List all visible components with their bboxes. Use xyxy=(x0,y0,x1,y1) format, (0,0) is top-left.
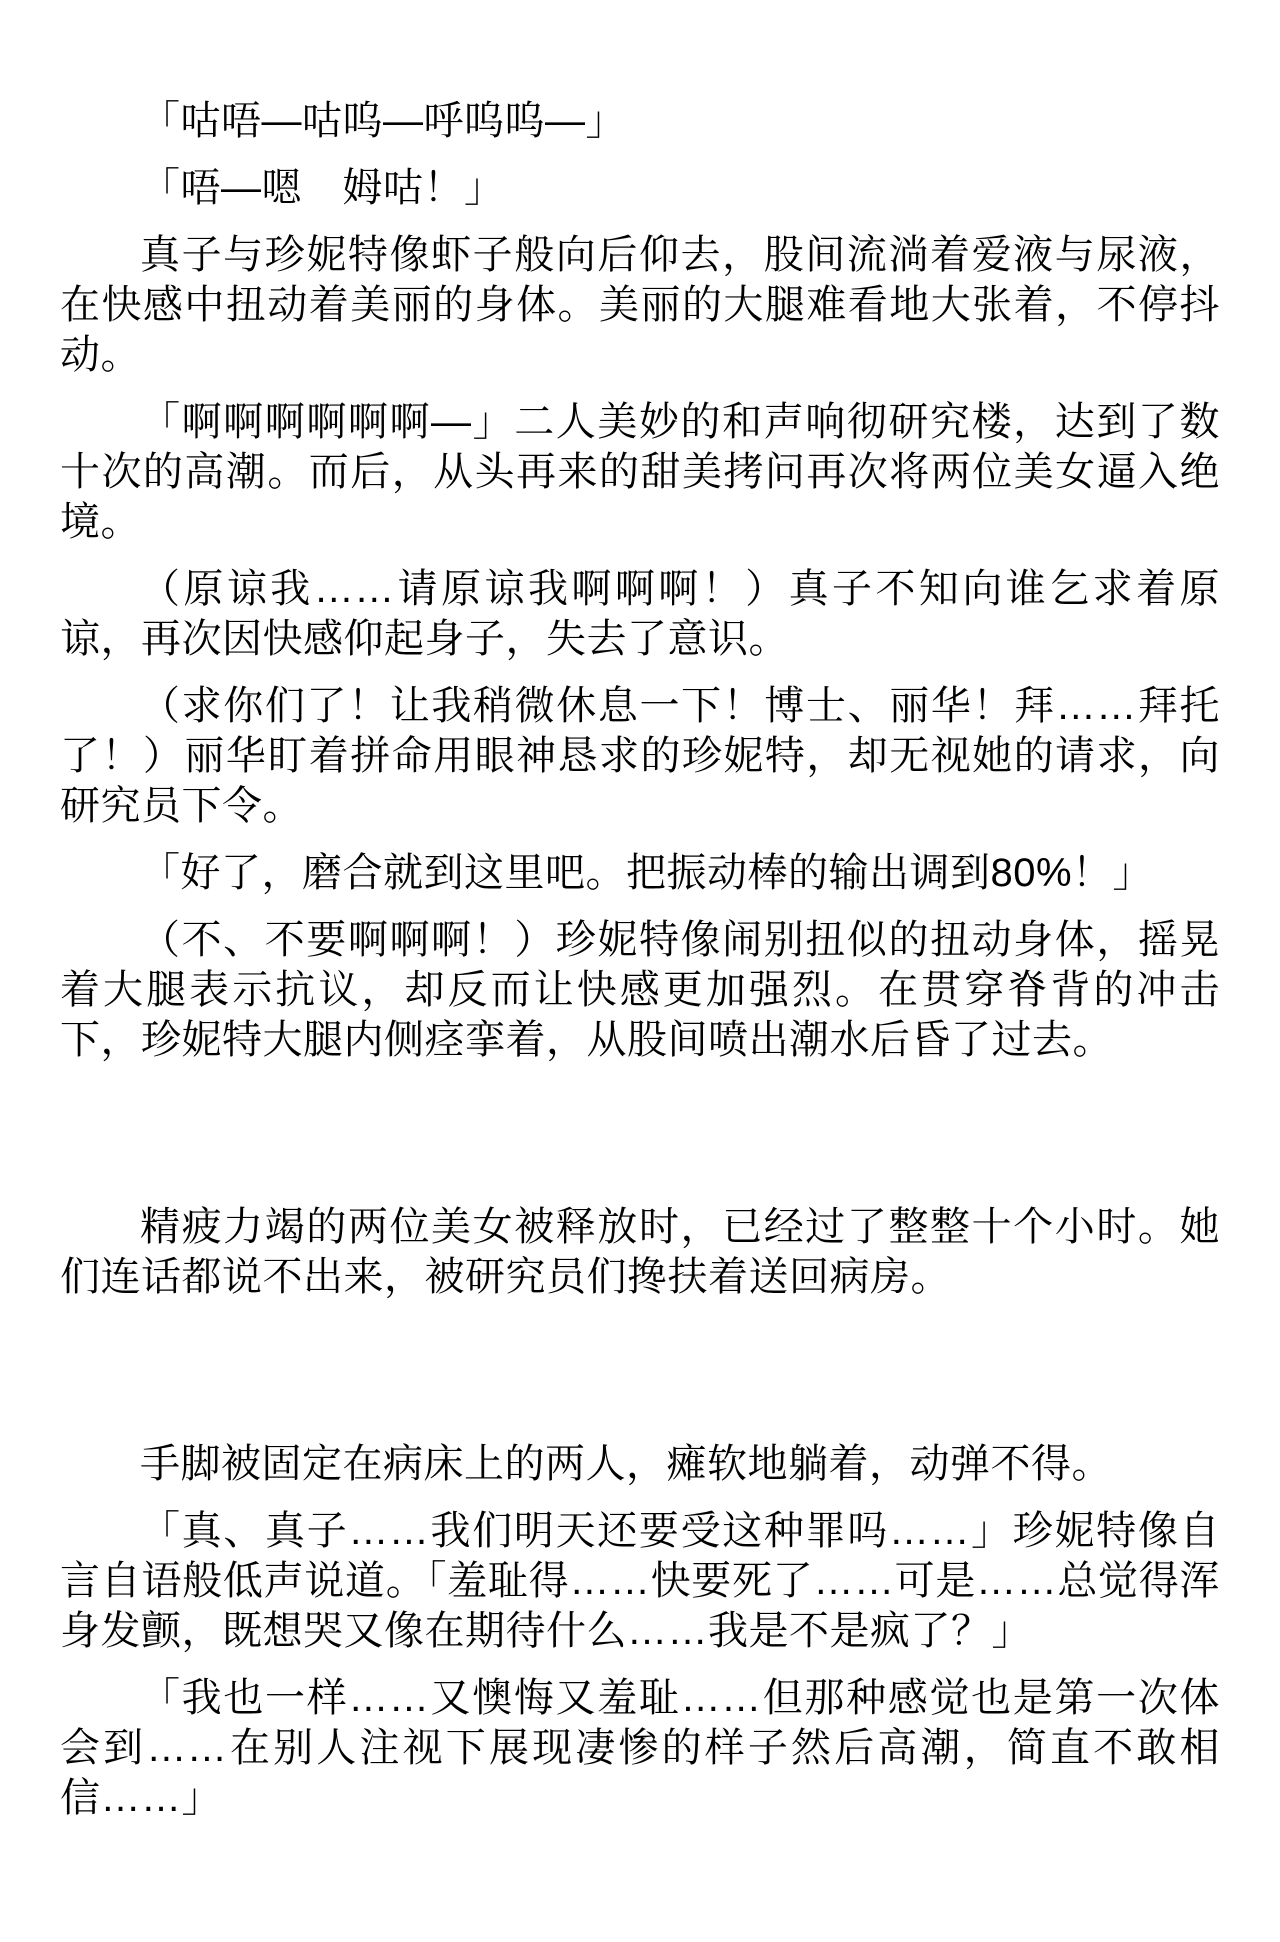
paragraph: 「真、真子……我们明天还要受这种罪吗……」珍妮特像自言自语般低声说道。「羞耻得…… xyxy=(60,1506,1220,1656)
paragraph: 手脚被固定在病床上的两人，瘫软地躺着，动弹不得。 xyxy=(60,1439,1220,1489)
section-break xyxy=(60,1302,1220,1422)
paragraph: 「唔—嗯 姆咕！」 xyxy=(60,163,1220,213)
paragraph: （不、不要啊啊啊！）珍妮特像闹别扭似的扭动身体，摇晃着大腿表示抗议，却反而让快感… xyxy=(60,915,1220,1065)
paragraph: 真子与珍妮特像虾子般向后仰去，股间流淌着爱液与尿液，在快感中扭动着美丽的身体。美… xyxy=(60,230,1220,380)
paragraph: （原谅我……请原谅我啊啊啊！）真子不知向谁乞求着原谅，再次因快感仰起身子，失去了… xyxy=(60,564,1220,664)
paragraph: 「我也一样……又懊悔又羞耻……但那种感觉也是第一次体会到……在别人注视下展现凄惨… xyxy=(60,1673,1220,1823)
section-break xyxy=(60,1065,1220,1185)
paragraph: 「好了，磨合就到这里吧。把振动棒的输出调到80%！」 xyxy=(60,848,1220,898)
paragraph: 「啊啊啊啊啊啊—」二人美妙的和声响彻研究楼，达到了数十次的高潮。而后，从头再来的… xyxy=(60,397,1220,547)
paragraph: 精疲力竭的两位美女被释放时，已经过了整整十个小时。她们连话都说不出来，被研究员们… xyxy=(60,1202,1220,1302)
document-page: 「咕唔—咕呜—呼呜呜—」 「唔—嗯 姆咕！」 真子与珍妮特像虾子般向后仰去，股间… xyxy=(0,0,1280,1942)
paragraph: 「咕唔—咕呜—呼呜呜—」 xyxy=(60,96,1220,146)
paragraph: （求你们了！让我稍微休息一下！博士、丽华！拜……拜托了！）丽华盯着拼命用眼神恳求… xyxy=(60,681,1220,831)
